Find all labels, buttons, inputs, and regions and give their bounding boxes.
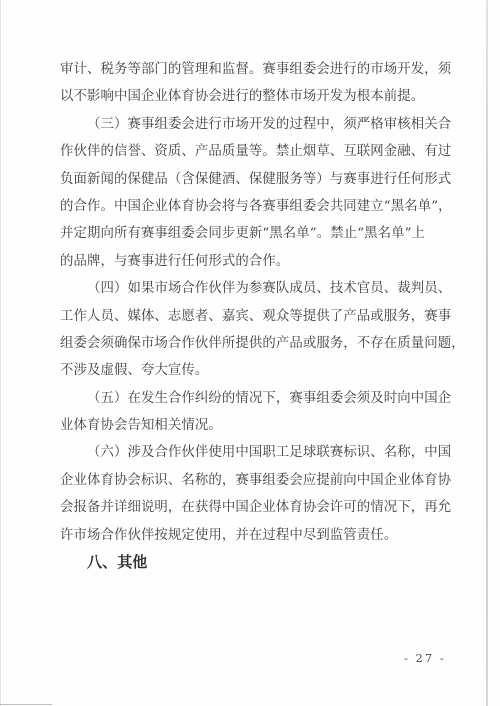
document-line: （六）涉及合作伙伴使用中国职工足球联赛标识、名称，中国 xyxy=(60,439,460,466)
section-heading-other: 八、其他 xyxy=(60,549,460,576)
scan-edge-left xyxy=(0,0,1,706)
document-line: 许市场合作伙伴按规定使用，并在过程中尽到监管责任。 xyxy=(60,522,460,549)
document-page: 审计、税务等部门的管理和监督。赛事组委会进行的市场开发，须 以不影响中国企业体育… xyxy=(0,0,500,706)
document-line: 审计、税务等部门的管理和监督。赛事组委会进行的市场开发，须 xyxy=(60,56,460,83)
document-line: 工作人员、媒体、志愿者、嘉宾、观众等提供了产品或服务，赛事 xyxy=(60,303,460,330)
document-line: 负面新闻的保健品（含保健酒、保健服务等）与赛事进行任何形式 xyxy=(60,166,460,193)
document-line: （三）赛事组委会进行市场开发的过程中，须严格审核相关合 xyxy=(60,111,460,138)
scan-edge-bottom xyxy=(0,704,52,705)
page-number: - 27 - xyxy=(404,651,446,665)
document-line: 不涉及虚假、夸大宣传。 xyxy=(60,357,460,384)
document-line: 组委会须确保市场合作伙伴所提供的产品或服务，不存在质量问题， xyxy=(60,330,460,357)
scan-edge-right xyxy=(486,0,488,706)
document-line: 的合作。中国企业体育协会将与各赛事组委会共同建立“黑名单”， xyxy=(60,193,460,220)
document-line: 企业体育协会标识、名称的，赛事组委会应提前向中国企业体育协 xyxy=(60,467,460,494)
document-line: （四）如果市场合作伙伴为参赛队成员、技术官员、裁判员、 xyxy=(60,275,460,302)
document-line: 以不影响中国企业体育协会进行的整体市场开发为根本前提。 xyxy=(60,83,460,110)
document-line: （五）在发生合作纠纷的情况下，赛事组委会须及时向中国企 xyxy=(60,385,460,412)
document-line: 的品牌，与赛事进行任何形式的合作。 xyxy=(60,248,460,275)
document-line: 会报备并详细说明，在获得中国企业体育协会许可的情况下，再允 xyxy=(60,494,460,521)
document-line: 业体育协会告知相关情况。 xyxy=(60,412,460,439)
document-body: 审计、税务等部门的管理和监督。赛事组委会进行的市场开发，须 以不影响中国企业体育… xyxy=(60,56,460,576)
document-line: 并定期向所有赛事组委会同步更新“黑名单”。禁止“黑名单”上 xyxy=(60,220,460,247)
document-line: 作伙伴的信誉、资质、产品质量等。禁止烟草、互联网金融、有过 xyxy=(60,138,460,165)
